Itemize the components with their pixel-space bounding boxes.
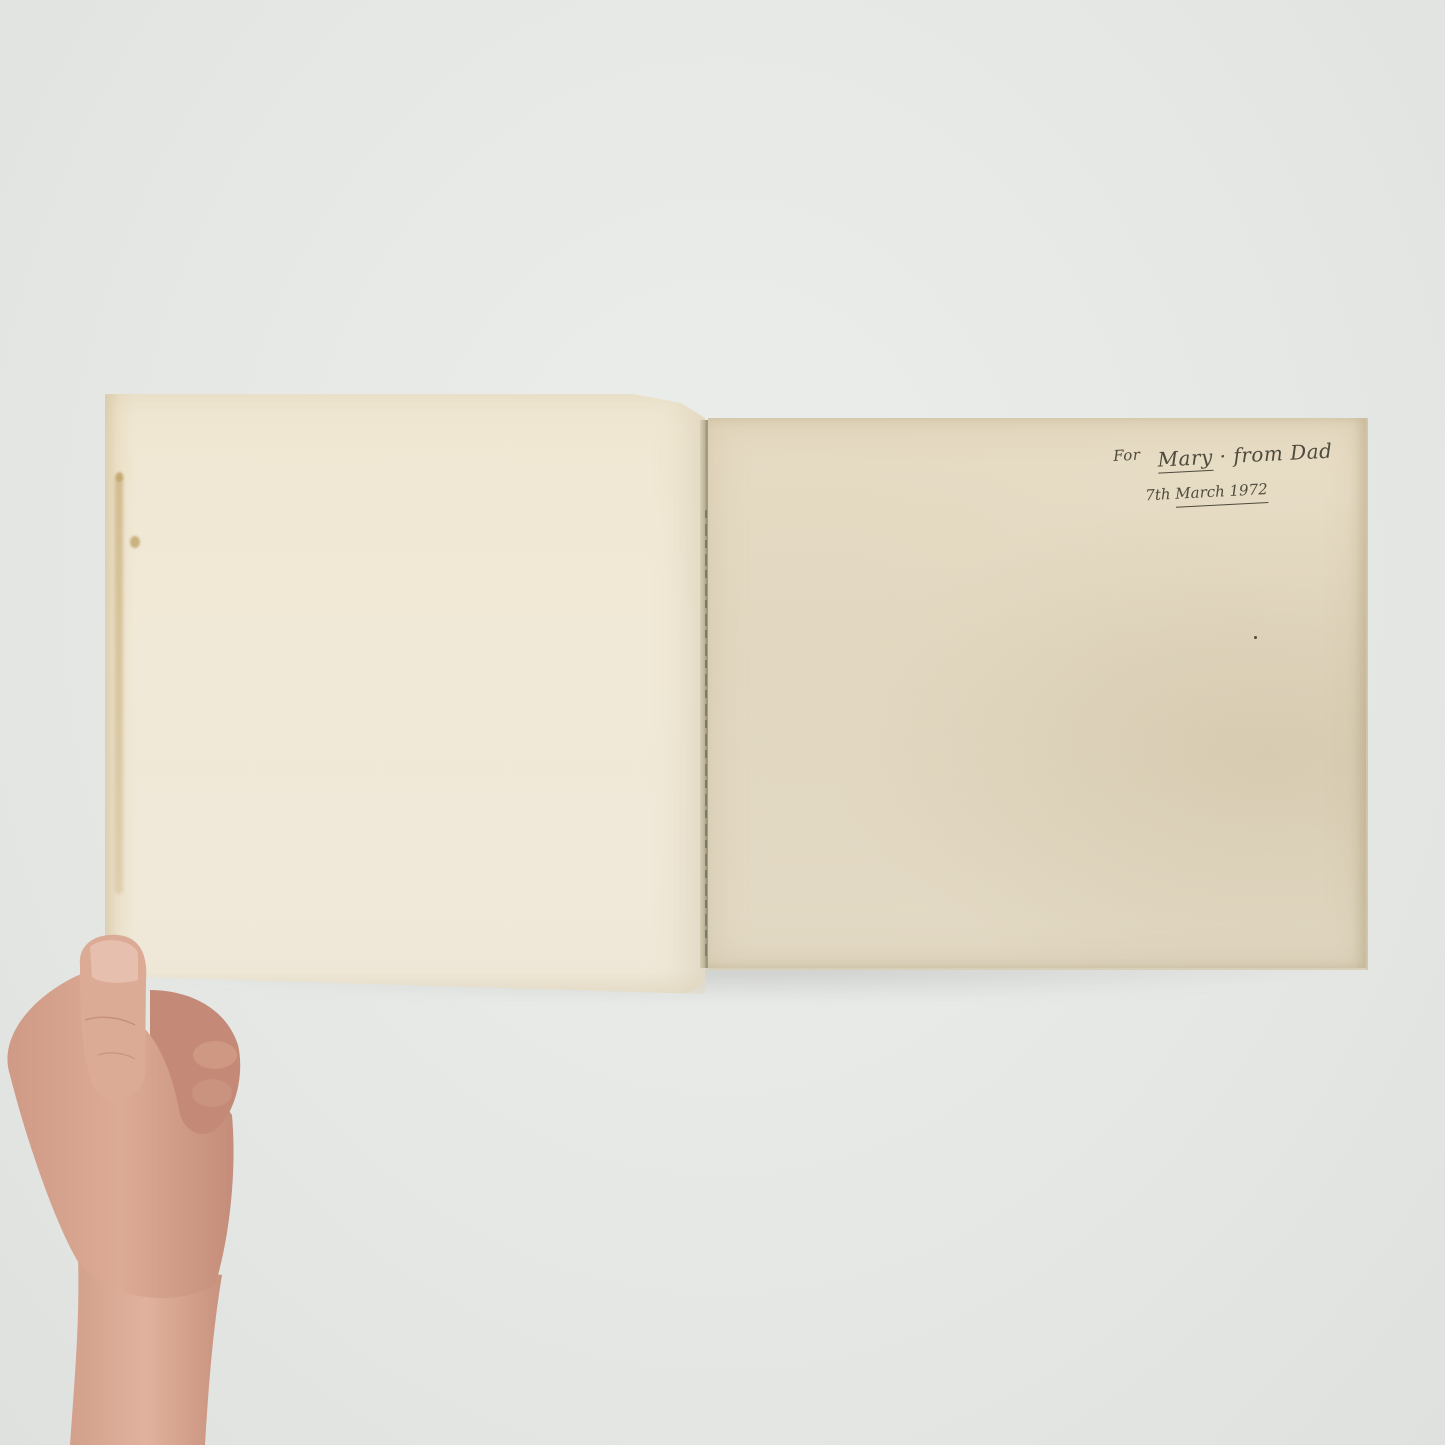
- pencil-mark: [1254, 636, 1257, 639]
- foxing-stain: [115, 474, 123, 894]
- left-page-flyleaf: [105, 394, 705, 994]
- photo-scene: For Mary · from Dad 7th March 1972: [0, 0, 1445, 1445]
- inscription-recipient: Mary: [1157, 445, 1213, 472]
- inscription-date-day: 7th: [1145, 485, 1171, 504]
- inscription-separator: ·: [1219, 444, 1227, 468]
- right-page-cover: For Mary · from Dad 7th March 1972: [708, 418, 1368, 970]
- foxing-spot: [116, 472, 123, 482]
- inscription-date: 7th March 1972: [1145, 478, 1335, 503]
- inscription-from: from Dad: [1233, 439, 1333, 468]
- inscription-line-1: For Mary · from Dad: [1113, 441, 1333, 472]
- inscription-date-rest: March 1972: [1175, 480, 1268, 503]
- hand-holding-page-icon: [0, 925, 260, 1445]
- foxing-spot: [130, 536, 140, 548]
- inscription-for: For: [1113, 446, 1141, 465]
- handwritten-inscription: For Mary · from Dad 7th March 1972: [1113, 441, 1335, 505]
